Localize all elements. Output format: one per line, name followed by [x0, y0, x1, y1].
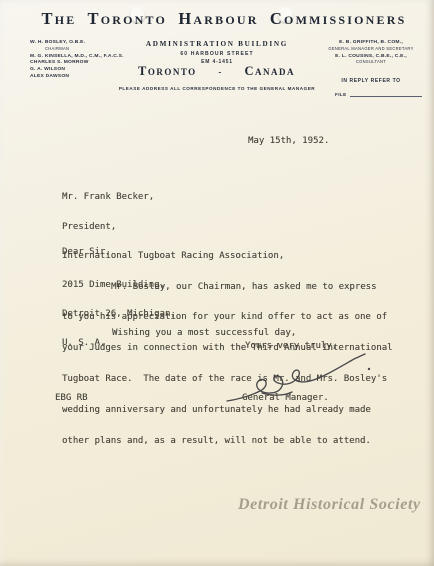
file-blank-line — [350, 91, 422, 97]
officer-role: CONSULTANT — [312, 60, 430, 65]
dash-separator: - — [218, 67, 223, 77]
officer-role: GENERAL MANAGER AND SECRETARY — [312, 47, 430, 52]
city-label: Toronto — [138, 64, 197, 79]
officer-name: ALEX DAWSON — [30, 74, 124, 81]
recipient-line: Mr. Frank Becker, — [62, 193, 284, 203]
officers-right-column: E. B. GRIFFITH, B. COM., GENERAL MANAGER… — [312, 40, 430, 65]
body-line: Mr. Bosley, our Chairman, has asked me t… — [62, 282, 393, 292]
country-label: Canada — [244, 64, 295, 79]
body-line: to you his appreciation for your kind of… — [62, 312, 393, 322]
reply-refer-label: IN REPLY REFER TO — [312, 78, 430, 84]
recipient-line: President, — [62, 223, 284, 233]
city-country-line: Toronto - Canada — [138, 64, 295, 79]
file-reference-row: FILE — [335, 91, 422, 97]
reference-initials: EBG RB — [55, 393, 88, 403]
letter-date: May 15th, 1952. — [248, 136, 329, 146]
body-line: other plans and, as a result, will not b… — [62, 436, 393, 446]
well-wish-line: Wishing you a most successful day, — [112, 328, 296, 338]
file-label: FILE — [335, 92, 347, 97]
complimentary-closing: Yours very truly, — [245, 341, 337, 351]
signer-title: General Manager. — [242, 393, 329, 403]
body-line: wedding anniversary and unfortunately he… — [62, 405, 393, 415]
salutation: Dear Sir, — [62, 247, 111, 257]
scanned-letter-page: The Toronto Harbour Commissioners W. H. … — [0, 0, 434, 566]
archive-watermark: Detroit Historical Society — [238, 496, 421, 514]
organization-title: The Toronto Harbour Commissioners — [14, 9, 434, 29]
